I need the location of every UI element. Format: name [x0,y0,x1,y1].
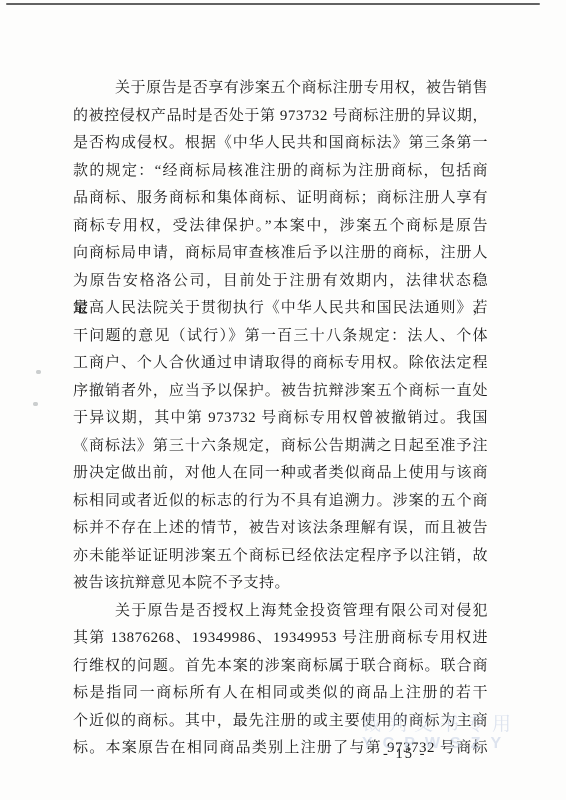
text-line: 款的规定：“经商标局核准注册的商标为注册商标，包括商 [73,158,488,186]
text-line: 的被控侵权产品时是否处于第 973732 号商标注册的异议期， [73,103,488,131]
text-line: 向商标局申请，商标局审查核准后予以注册的商标，注册人 [73,240,488,268]
text-line: 个近似的商标。其中，最先注册的或主要使用的商标为主商 [73,708,488,736]
text-line: 其第 13876268、19349986、19349953 号注册商标专用权进 [73,625,488,653]
text-line: 干问题的意见（试行）》第一百三十八条规定：法人、个体 [73,323,488,351]
text-line: 为原告安格洛公司，目前处于注册有效期内，法律状态稳定， [73,268,488,296]
text-line: 标并不存在上述的情节，被告对该法条理解有误，而且被告 [73,515,488,543]
text-line: 工商户、个人合伙通过申请取得的商标专用权。除依法定程 [73,350,488,378]
text-line: 关于原告是否授权上海梵金投资管理有限公司对侵犯 [73,598,488,626]
paragraph-2: 关于原告是否授权上海梵金投资管理有限公司对侵犯 其第 13876268、1934… [73,598,488,763]
text-line: 册决定做出前，对他人在同一种或者类似商品上使用与该商 [73,460,488,488]
text-line: 最高人民法院关于贯彻执行《中华人民共和国民法通则》若 [73,295,488,323]
text-line: 商标专用权，受法律保护。”本案中，涉案五个商标是原告 [73,213,488,241]
text-line: 品商标、服务商标和集体商标、证明商标；商标注册人享有 [73,185,488,213]
text-line: 标相同或者近似的标志的行为不具有追溯力。涉案的五个商 [73,488,488,516]
text-line: 《商标法》第三十六条规定，商标公告期满之日起至准予注 [73,433,488,461]
text-line: 被告该抗辩意见本院不予支持。 [73,570,488,598]
text-line: 行维权的问题。首先本案的涉案商标属于联合商标。联合商 [73,653,488,681]
document-page: 关于原告是否享有涉案五个商标注册专用权，被告销售 的被控侵权产品时是否处于第 9… [0,0,566,800]
text-line: 标是指同一商标所有人在相同或类似的商品上注册的若干 [73,680,488,708]
text-line: 亦未能举证证明涉案五个商标已经依法定程序予以注销，故 [73,543,488,571]
paragraph-1: 关于原告是否享有涉案五个商标注册专用权，被告销售 的被控侵权产品时是否处于第 9… [73,75,488,598]
binding-smudge [33,402,38,406]
body-text: 关于原告是否享有涉案五个商标注册专用权，被告销售 的被控侵权产品时是否处于第 9… [73,75,488,763]
text-line: 于异议期，其中第 973732 号商标专用权曾被撤销过。我国 [73,405,488,433]
page-number: - 15 - [383,746,426,763]
binding-smudge [36,370,41,374]
text-line: 序撤销者外，应当予以保护。被告抗辩涉案五个商标一直处 [73,378,488,406]
text-line: 是否构成侵权。根据《中华人民共和国商标法》第三条第一 [73,130,488,158]
text-line: 关于原告是否享有涉案五个商标注册专用权，被告销售 [73,75,488,103]
scan-edge-artifact [6,3,540,5]
